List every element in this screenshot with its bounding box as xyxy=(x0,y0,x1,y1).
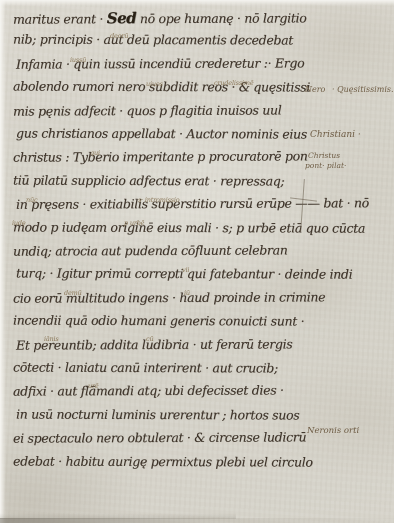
interlinear-gloss: deorū xyxy=(110,33,128,40)
margin-note-nero: Nero xyxy=(305,86,325,94)
interlinear-gloss: qui xyxy=(90,150,100,157)
interlinear-gloss: iussū xyxy=(70,57,86,64)
manuscript-text-line: mis pęnis adfecit · quos p flagitia inui… xyxy=(13,104,281,118)
manuscript-text-line: maritus erant · Sed nō ope humanę · nō l… xyxy=(13,10,307,26)
interlinear-gloss: crudelissimē xyxy=(214,80,253,87)
interlinear-gloss: p urbē xyxy=(124,220,144,227)
interlinear-gloss: cū xyxy=(146,336,153,343)
manuscript-text-line: undiq; atrocia aut pudenda cōfluunt cele… xyxy=(13,244,288,258)
manuscript-text-line: incendii quā odio humani generis conuict… xyxy=(13,315,304,329)
manuscript-text-line: in usū nocturni luminis urerentur ; hort… xyxy=(16,408,299,421)
scan-edge-left xyxy=(0,0,6,523)
interlinear-gloss: iudę xyxy=(12,220,25,227)
margin-note-christus: Christus xyxy=(308,152,340,160)
manuscript-text-line: christus : Tyberio imperitante p procura… xyxy=(13,151,308,165)
manuscript-text-line: Infamia · quin iussū incendiū crederetur… xyxy=(16,57,304,71)
manuscript-text-line: nib; principis · aut deū placamentis dec… xyxy=(13,34,293,47)
decorated-initial-word: Sed xyxy=(107,9,136,27)
interlinear-gloss: nūc xyxy=(26,197,37,204)
interlinear-gloss: urē xyxy=(88,383,99,390)
margin-note-quaesitissimis: · Quęsitissimis. xyxy=(332,86,394,94)
scan-edge-bottom xyxy=(0,518,394,523)
scan-edge-top xyxy=(0,0,394,6)
interlinear-gloss: demū xyxy=(64,290,82,297)
text-segment: maritus erant · xyxy=(13,11,107,26)
margin-note-neronis-orti: Neronis orti xyxy=(307,427,359,436)
manuscript-text-line: cōtecti · laniatu canū interirent · aut … xyxy=(13,362,278,375)
manuscript-text-line: in pręsens · exitiabilis superstitio rur… xyxy=(16,197,369,211)
margin-note-christiani: Christiani · xyxy=(310,131,361,140)
manuscript-text-line: gus christianos appellabat · Auctor nomi… xyxy=(16,127,307,141)
manuscript-page: maritus erant · Sed nō ope humanę · nō l… xyxy=(0,0,394,523)
text-segment: nō ope humanę · nō largitio xyxy=(136,10,306,26)
interlinear-gloss: s· intromissio xyxy=(138,197,179,204)
interlinear-gloss: iānis xyxy=(44,336,59,343)
manuscript-text-line: modo p iudęam originē eius mali · s; p u… xyxy=(13,221,365,235)
manuscript-text-line: ei spectaculo nero obtulerat · & circens… xyxy=(13,432,306,446)
interlinear-gloss: vii xyxy=(182,267,189,274)
manuscript-text-line: cio eorū multitudo ingens · haud proinde… xyxy=(13,291,325,305)
manuscript-text-line: tiū pilatū supplicio adfectus erat · rep… xyxy=(13,174,284,187)
interlinear-gloss: uiuos xyxy=(146,81,163,88)
manuscript-text-line: edebat · habitu aurigę permixtus plebi u… xyxy=(13,455,313,469)
manuscript-text-line: adfixi · aut flāmandi atq; ubi defecisse… xyxy=(13,385,284,399)
interlinear-gloss: iū xyxy=(184,290,190,297)
margin-note-pontio-pilato: pont· pilat· xyxy=(305,162,346,170)
